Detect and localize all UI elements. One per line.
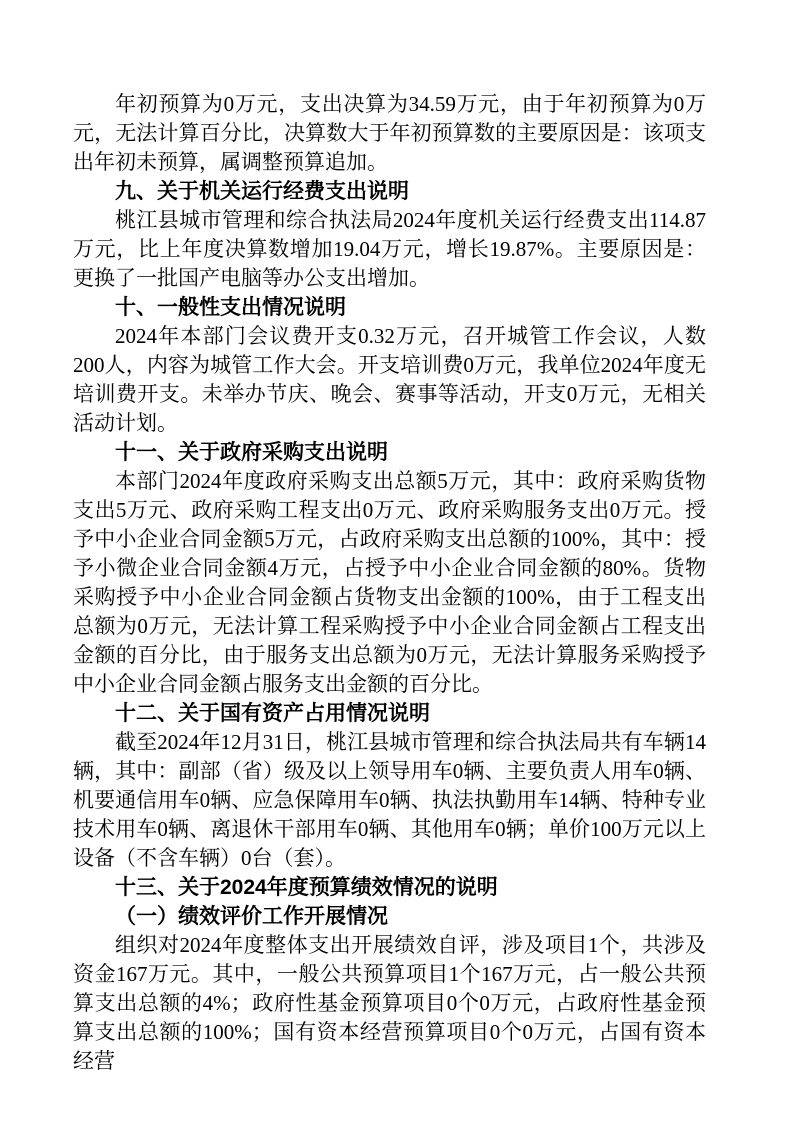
document-page: 年初预算为0万元，支出决算为34.59万元，由于年初预算为0万元，无法计算百分比… — [0, 0, 793, 1122]
document-text-block: 年初预算为0万元，支出决算为34.59万元，由于年初预算为0万元，无法计算百分比… — [73, 90, 706, 1076]
section-heading-10-general-expenditure: 十、一般性支出情况说明 — [73, 293, 706, 322]
paragraph-continuation-budget-adjustment: 年初预算为0万元，支出决算为34.59万元，由于年初预算为0万元，无法计算百分比… — [73, 90, 706, 177]
paragraph-state-assets-vehicles: 截至2024年12月31日，桃江县城市管理和综合执法局共有车辆14辆，其中：副部… — [73, 728, 706, 873]
paragraph-performance-self-evaluation: 组织对2024年度整体支出开展绩效自评，涉及项目1个，共涉及资金167万元。其中… — [73, 931, 706, 1076]
section-heading-12-state-assets: 十二、关于国有资产占用情况说明 — [73, 699, 706, 728]
section-heading-11-government-procurement: 十一、关于政府采购支出说明 — [73, 438, 706, 467]
section-heading-9-operating-expenses: 九、关于机关运行经费支出说明 — [73, 177, 706, 206]
subsection-heading-performance-evaluation: （一）绩效评价工作开展情况 — [73, 902, 706, 931]
paragraph-government-procurement: 本部门2024年度政府采购支出总额5万元，其中：政府采购货物支出5万元、政府采购… — [73, 467, 706, 699]
paragraph-general-expenditure: 2024年本部门会议费开支0.32万元，召开城管工作会议，人数200人，内容为城… — [73, 322, 706, 438]
paragraph-operating-expenses: 桃江县城市管理和综合执法局2024年度机关运行经费支出114.87万元，比上年度… — [73, 206, 706, 293]
section-heading-13-budget-performance: 十三、关于2024年度预算绩效情况的说明 — [73, 873, 706, 902]
